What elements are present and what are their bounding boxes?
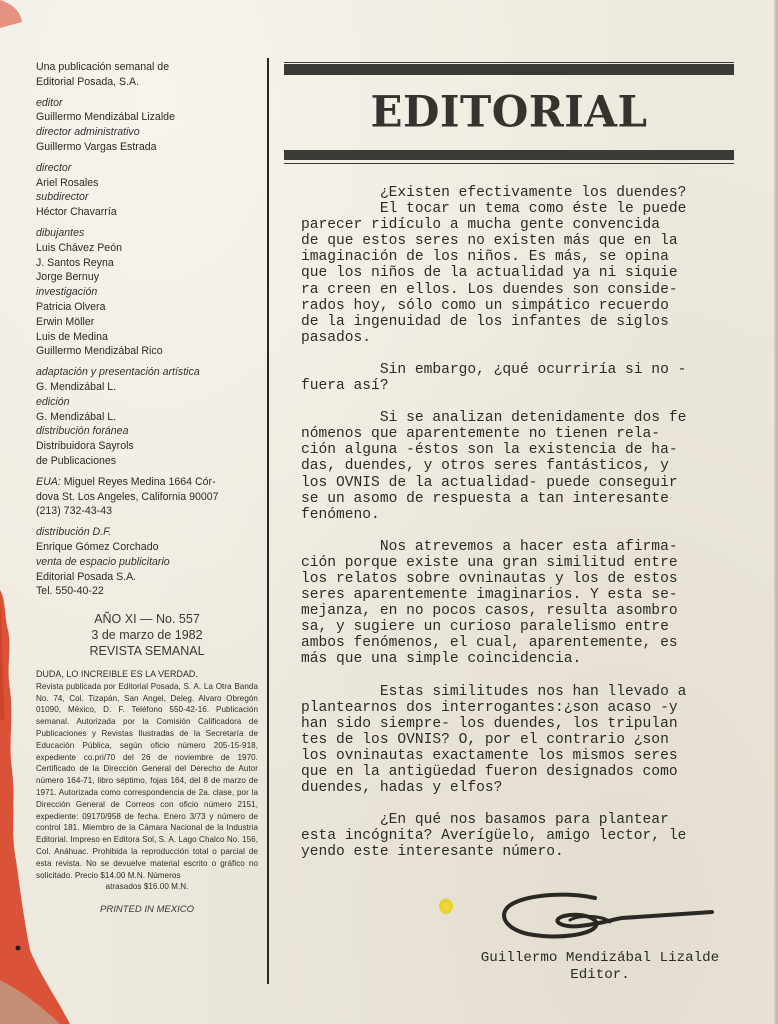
credit-name: Guillermo Vargas Estrada — [36, 140, 258, 155]
credits-group-a: editor Guillermo Mendizábal Lizalde dire… — [36, 96, 258, 155]
issue-info: AÑO XI — No. 557 3 de marzo de 1982 REVI… — [36, 611, 258, 659]
credit-name: de Publicaciones — [36, 454, 258, 469]
credits-group-c: dibujantes Luis Chávez Peón J. Santos Re… — [36, 226, 258, 359]
colophon-column: Una publicación semanal de Editorial Pos… — [36, 60, 258, 918]
credit-name: Jorge Bernuy — [36, 270, 258, 285]
issue-type: REVISTA SEMANAL — [36, 643, 258, 659]
credit-name: Guillermo Mendizábal Rico — [36, 344, 258, 359]
editorial-paragraph: Si se analizan detenidamente dos fe nóme… — [301, 410, 741, 523]
header-rule-bottom — [284, 150, 734, 160]
credit-role: edición — [36, 395, 258, 410]
signature-graphic — [500, 890, 720, 945]
credits-group-d: adaptación y presentación artística G. M… — [36, 365, 258, 469]
eua-contact: EUA: Miguel Reyes Medina 1664 Cór- dova … — [36, 475, 258, 519]
signature-block: Guillermo Mendizábal Lizalde Editor. — [440, 950, 760, 984]
legal-notice: DUDA, LO INCREIBLE ES LA VERDAD. Revista… — [36, 669, 258, 893]
printed-in-mexico: PRINTED IN MEXICO — [36, 903, 258, 918]
credit-role: director — [36, 161, 258, 176]
editorial-title: EDITORIAL — [284, 81, 734, 142]
credit-phone: Tel. 550-40-22 — [36, 584, 258, 599]
eua-line: EUA: Miguel Reyes Medina 1664 Cór- — [36, 475, 258, 490]
signer-title: Editor. — [440, 967, 760, 984]
credit-name: Erwin Möller — [36, 315, 258, 330]
editorial-body: ¿Existen efectivamente los duendes? El t… — [301, 185, 741, 876]
header-rule-top — [284, 64, 734, 75]
credit-name: Distribuidora Sayrols — [36, 439, 258, 454]
editorial-paragraph: ¿En qué nos basamos para plantear esta i… — [301, 812, 741, 860]
intro-line: Editorial Posada, S.A. — [36, 75, 258, 90]
eua-text: Miguel Reyes Medina 1664 Cór- — [64, 476, 216, 488]
credit-role: dibujantes — [36, 226, 258, 241]
signer-name: Guillermo Mendizábal Lizalde — [440, 950, 760, 967]
column-divider — [267, 58, 269, 984]
credit-role: director administrativo — [36, 125, 258, 140]
credit-role: distribución foránea — [36, 424, 258, 439]
credit-name: Guillermo Mendizábal Lizalde — [36, 110, 258, 125]
issue-date: 3 de marzo de 1982 — [36, 627, 258, 643]
magazine-page: Una publicación semanal de Editorial Pos… — [0, 0, 778, 1024]
credit-name: Ariel Rosales — [36, 176, 258, 191]
header-rule-thin-bottom — [284, 163, 734, 164]
yellow-stain-decoration — [439, 898, 453, 914]
credit-name: Héctor Chavarría — [36, 205, 258, 220]
issue-number: AÑO XI — No. 557 — [36, 611, 258, 627]
intro-line: Una publicación semanal de — [36, 60, 258, 75]
credits-group-b: director Ariel Rosales subdirector Hécto… — [36, 161, 258, 220]
credit-name: Patricia Olvera — [36, 300, 258, 315]
editorial-paragraph: Estas similitudes nos han llevado a plan… — [301, 684, 741, 797]
page-right-edge — [774, 0, 778, 1024]
eua-phone: (213) 732-43-43 — [36, 504, 258, 519]
eua-line: dova St. Los Angeles, California 90007 — [36, 490, 258, 505]
legal-lead: DUDA, LO INCREIBLE ES LA VERDAD. — [36, 669, 258, 681]
credit-role: distribución D.F. — [36, 525, 258, 540]
credit-role: editor — [36, 96, 258, 111]
publisher-intro: Una publicación semanal de Editorial Pos… — [36, 60, 258, 90]
credit-name: G. Mendizábal L. — [36, 380, 258, 395]
credit-name: Editorial Posada S.A. — [36, 570, 258, 585]
editorial-paragraph: Nos atrevemos a hacer esta afirma- ción … — [301, 539, 741, 668]
editorial-paragraph: ¿Existen efectivamente los duendes? El t… — [301, 185, 741, 346]
credit-role: adaptación y presentación artística — [36, 365, 258, 380]
credit-name: G. Mendizábal L. — [36, 410, 258, 425]
credit-role: venta de espacio publicitario — [36, 555, 258, 570]
editorial-paragraph: Sin embargo, ¿qué ocurriría si no - fuer… — [301, 362, 741, 394]
header-rule-thin-top — [284, 62, 734, 63]
legal-body: Revista publicada por Editorial Posada, … — [36, 682, 258, 880]
legal-tail: atrasados $16.00 M.N. — [36, 881, 258, 893]
credit-role: investigación — [36, 285, 258, 300]
credit-name: Enrique Gómez Corchado — [36, 540, 258, 555]
credit-name: Luis Chávez Peón — [36, 241, 258, 256]
credit-name: Luis de Medina — [36, 330, 258, 345]
eua-label: EUA: — [36, 476, 61, 488]
credit-name: J. Santos Reyna — [36, 256, 258, 271]
credit-role: subdirector — [36, 190, 258, 205]
credits-group-e: distribución D.F. Enrique Gómez Corchado… — [36, 525, 258, 599]
